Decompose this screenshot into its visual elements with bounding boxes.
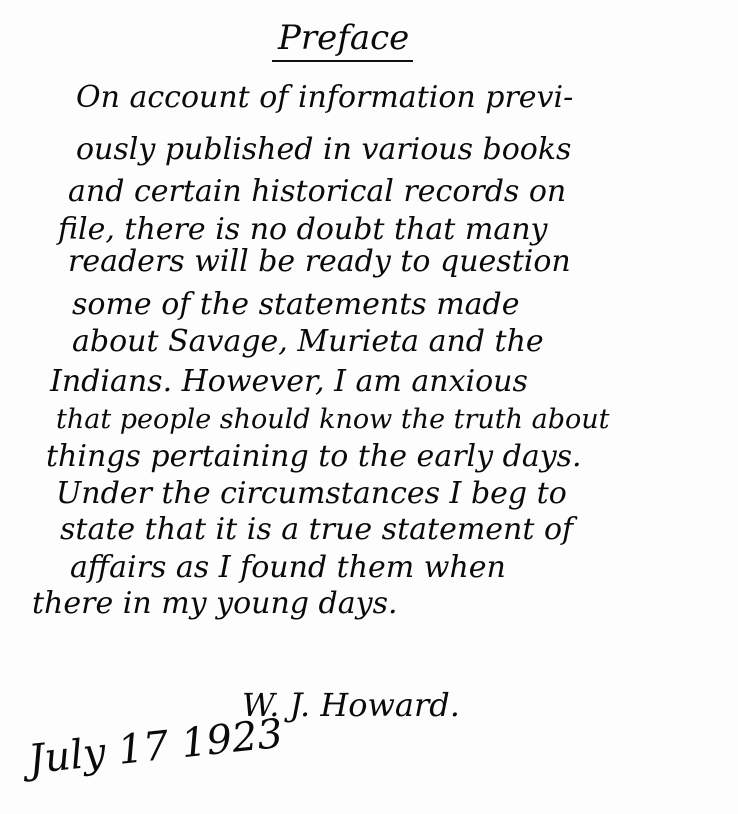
- body-line: about Savage, Murieta and the: [72, 322, 544, 362]
- body-line: Under the circumstances I beg to: [56, 474, 567, 514]
- body-line: Indians. However, I am anxious: [50, 362, 528, 402]
- body-line: that people should know the truth about: [56, 400, 610, 440]
- page-title: Preface: [272, 16, 413, 62]
- body-line: readers will be ready to question: [68, 242, 571, 282]
- body-line: On account of information previ-: [76, 78, 686, 118]
- body-line: and certain historical records on: [68, 172, 566, 212]
- date: July 17 1923: [26, 711, 285, 783]
- body-line: ously published in various books: [76, 130, 571, 170]
- body-line: there in my young days.: [32, 584, 398, 624]
- body-line: things pertaining to the early days.: [46, 437, 582, 477]
- body-line: state that it is a true statement of: [60, 510, 573, 550]
- body-line: some of the statements made: [72, 285, 520, 325]
- handwritten-preface-page: Preface On account of information previ-…: [0, 0, 738, 814]
- body-line: affairs as I found them when: [70, 548, 506, 588]
